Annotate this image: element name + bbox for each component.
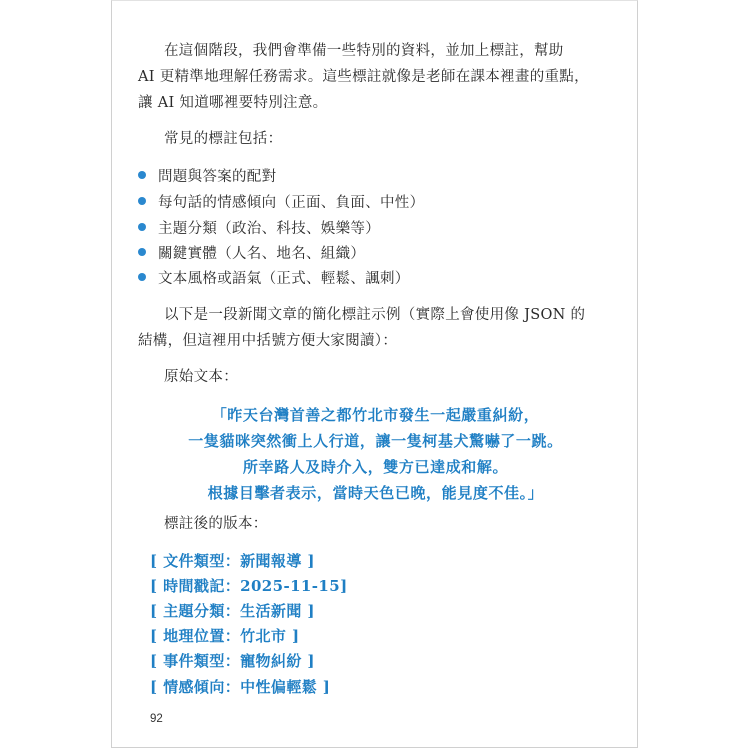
quote-line-1: 「昨天台灣首善之都竹北市發生一起嚴重糾紛， xyxy=(112,405,639,425)
annotation-sentiment: [ 情感傾向：中性偏輕鬆 ] xyxy=(150,677,330,697)
original-text-label: 原始文本： xyxy=(164,367,238,387)
quote-line-2: 一隻貓咪突然衝上人行道，讓一隻柯基犬驚嚇了一跳。 xyxy=(112,431,639,451)
quote-line-3: 所幸路人及時介入，雙方已達成和解。 xyxy=(112,457,639,477)
annotation-location: [ 地理位置：竹北市 ] xyxy=(150,626,299,646)
list-item: 問題與答案的配對 xyxy=(138,167,276,187)
paragraph-1-line-3: 讓 AI 知道哪裡要特別注意。 xyxy=(138,93,327,113)
list-item-text: 關鍵實體（人名、地名、組織） xyxy=(158,246,365,262)
list-item: 文本風格或語氣（正式、輕鬆、諷刺） xyxy=(138,269,410,289)
paragraph-2-line-1: 以下是一段新聞文章的簡化標註示例（實際上會使用像 JSON 的 xyxy=(164,305,585,325)
bullet-icon xyxy=(138,197,146,205)
page-number: 92 xyxy=(150,713,163,725)
bullet-icon xyxy=(138,248,146,256)
list-item-text: 每句話的情感傾向（正面、負面、中性） xyxy=(158,195,424,211)
list-item-text: 主題分類（政治、科技、娛樂等） xyxy=(158,221,380,237)
list-item: 主題分類（政治、科技、娛樂等） xyxy=(138,219,380,239)
bullet-icon xyxy=(138,171,146,179)
list-item-text: 問題與答案的配對 xyxy=(158,169,276,185)
annotated-version-label: 標註後的版本： xyxy=(164,514,268,534)
annotation-timestamp: [ 時間戳記：2025-11-15] xyxy=(150,576,348,596)
annotation-document-type: [ 文件類型：新聞報導 ] xyxy=(150,551,315,571)
list-item-text: 文本風格或語氣（正式、輕鬆、諷刺） xyxy=(158,271,410,287)
annotation-topic: [ 主題分類：生活新聞 ] xyxy=(150,601,315,621)
list-item: 每句話的情感傾向（正面、負面、中性） xyxy=(138,193,424,213)
book-page: 在這個階段，我們會準備一些特別的資料，並加上標註，幫助 AI 更精準地理解任務需… xyxy=(111,0,638,748)
annotation-event-type: [ 事件類型：寵物糾紛 ] xyxy=(150,651,315,671)
paragraph-1-line-2: AI 更精準地理解任務需求。這些標註就像是老師在課本裡畫的重點， xyxy=(138,67,589,87)
list-intro: 常見的標註包括： xyxy=(164,129,282,149)
quote-line-4: 根據目擊者表示，當時天色已晚，能見度不佳。」 xyxy=(112,483,639,503)
bullet-icon xyxy=(138,273,146,281)
list-item: 關鍵實體（人名、地名、組織） xyxy=(138,244,365,264)
bullet-icon xyxy=(138,223,146,231)
paragraph-2-line-2: 結構，但這裡用中括號方便大家閱讀）： xyxy=(138,331,397,351)
paragraph-1-line-1: 在這個階段，我們會準備一些特別的資料，並加上標註，幫助 xyxy=(164,41,564,61)
